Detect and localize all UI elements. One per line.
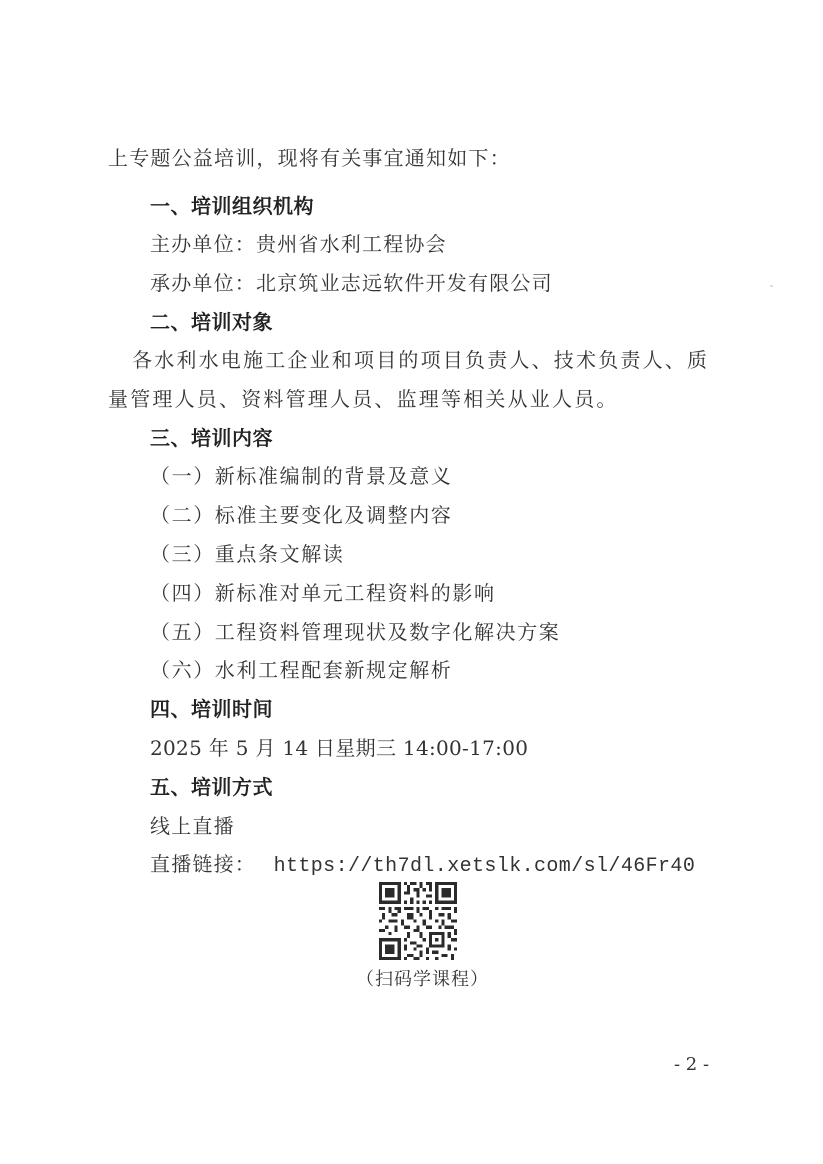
co-organizer-line: 承办单位：北京筑业志远软件开发有限公司	[150, 270, 553, 296]
section-heading-time: 四、培训时间	[150, 696, 273, 722]
section-heading-method: 五、培训方式	[150, 774, 273, 800]
audience-line-1: 各水利水电施工企业和项目的项目负责人、技术负责人、质	[132, 347, 709, 373]
content-item-2: （二）标准主要变化及调整内容	[150, 502, 452, 528]
audience-line-2: 量管理人员、资料管理人员、监理等相关从业人员。	[108, 386, 619, 412]
page-number: - 2 -	[674, 1054, 709, 1076]
content-item-5: （五）工程资料管理现状及数字化解决方案	[150, 619, 560, 645]
live-link-label: 直播链接：	[150, 852, 256, 876]
section-heading-content: 三、培训内容	[150, 425, 273, 451]
content-item-1: （一）新标准编制的背景及意义	[150, 463, 452, 489]
intro-continuation: 上专题公益培训，现将有关事宜通知如下：	[108, 145, 511, 171]
scan-speck	[770, 285, 773, 287]
training-method: 线上直播	[150, 813, 235, 839]
qr-code-icon[interactable]	[378, 882, 458, 960]
live-link-url[interactable]: https://th7dl.xetslk.com/sl/46Fr40	[274, 855, 696, 878]
live-link-row: 直播链接： https://th7dl.xetslk.com/sl/46Fr40	[150, 851, 695, 880]
content-item-3: （三）重点条文解读	[150, 541, 344, 567]
qr-caption: （扫码学课程）	[356, 968, 489, 992]
section-heading-organization: 一、培训组织机构	[150, 193, 314, 219]
content-item-6: （六）水利工程配套新规定解析	[150, 657, 452, 683]
training-time: 2025 年 5 月 14 日星期三 14:00-17:00	[150, 735, 528, 761]
section-heading-audience: 二、培训对象	[150, 309, 273, 335]
organizer-line: 主办单位：贵州省水利工程协会	[150, 231, 447, 257]
content-item-4: （四）新标准对单元工程资料的影响	[150, 580, 496, 606]
